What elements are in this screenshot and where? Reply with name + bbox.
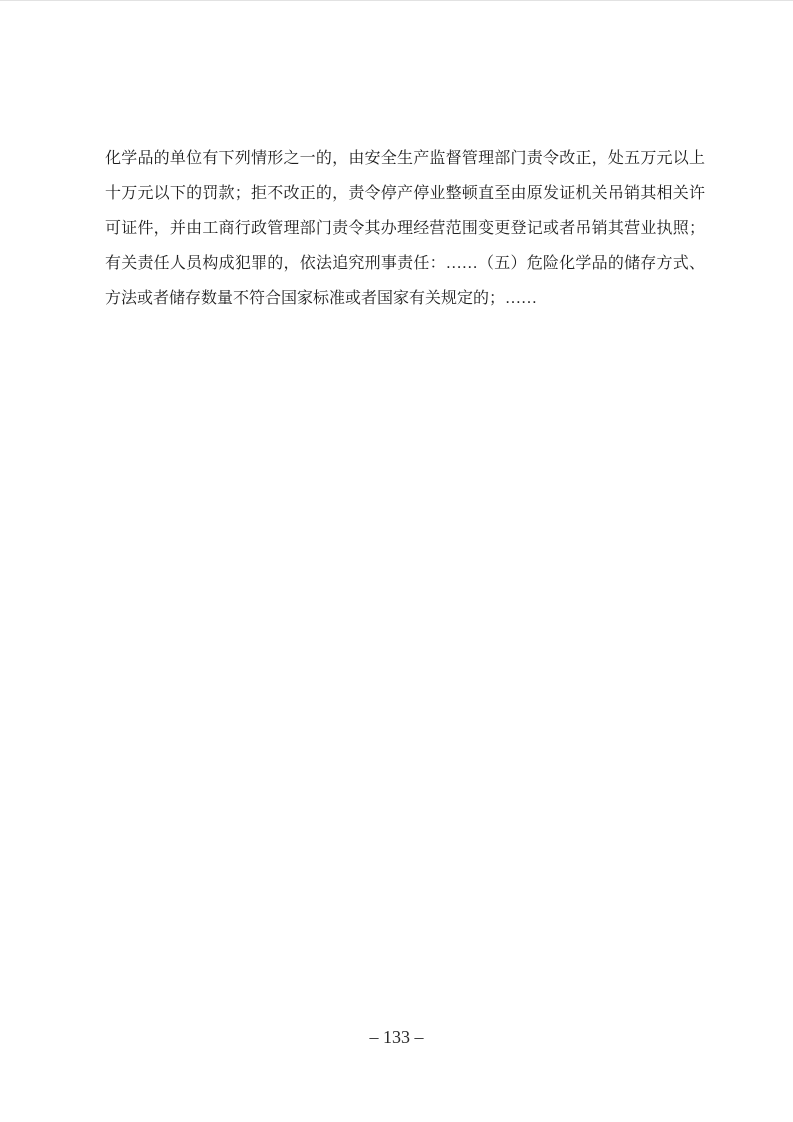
body-text-line: 十万元以下的罚款；拒不改正的，责令停产停业整顿直至由原发证机关吊销其相关许 <box>105 176 705 211</box>
page-top-edge <box>0 0 793 1</box>
document-page: 化学品的单位有下列情形之一的，由安全生产监督管理部门责令改正，处五万元以上 十万… <box>0 0 793 1122</box>
body-text-line: 化学品的单位有下列情形之一的，由安全生产监督管理部门责令改正，处五万元以上 <box>105 141 705 176</box>
page-number: – 133 – <box>0 1026 793 1048</box>
body-paragraph: 化学品的单位有下列情形之一的，由安全生产监督管理部门责令改正，处五万元以上 十万… <box>105 141 705 316</box>
body-text-line: 方法或者储存数量不符合国家标准或者国家有关规定的；…… <box>105 281 705 316</box>
body-text-line: 可证件，并由工商行政管理部门责令其办理经营范围变更登记或者吊销其营业执照； <box>105 211 705 246</box>
body-text-line: 有关责任人员构成犯罪的，依法追究刑事责任：……（五）危险化学品的储存方式、 <box>105 246 705 281</box>
